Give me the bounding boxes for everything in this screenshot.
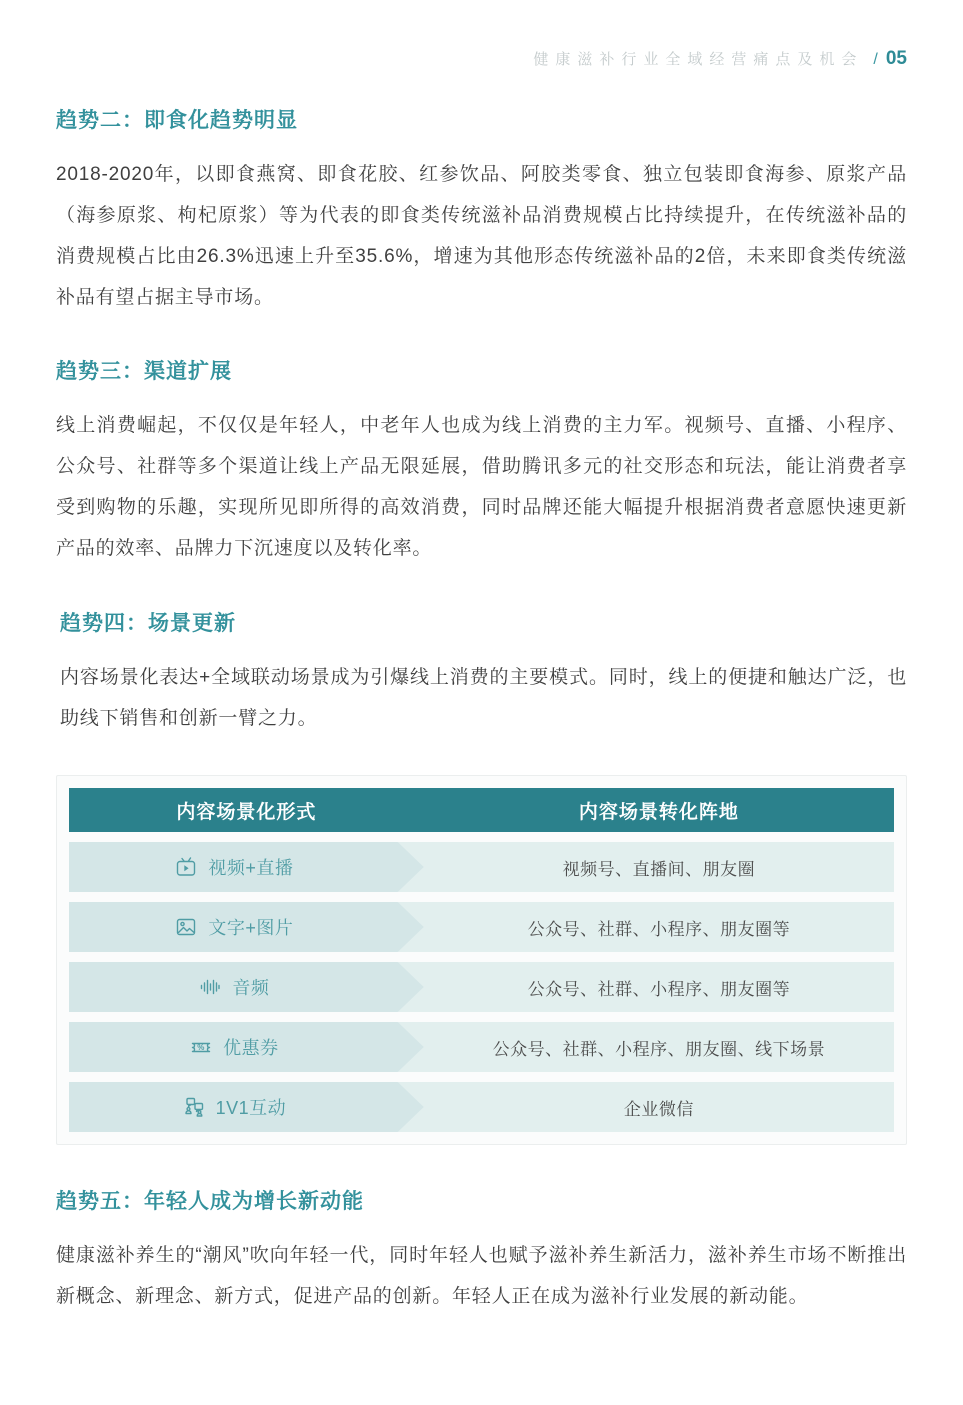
text-image-icon [173, 914, 199, 940]
paragraph-trend4: 内容场景化表达+全域联动场景成为引爆线上消费的主要模式。同时，线上的便捷和触达广… [56, 657, 907, 739]
form-label: 1V1互动 [216, 1094, 287, 1120]
form-cell-audio: 音频 [69, 962, 424, 1012]
content-scene-table: 内容场景化形式 内容场景转化阵地 视频+直播 视频号、直播间、朋友圈 [56, 775, 907, 1145]
audio-icon [197, 974, 223, 1000]
form-label: 文字+图片 [208, 914, 293, 940]
form-cell-coupon: % 优惠券 [69, 1022, 424, 1072]
svg-text:%: % [197, 1043, 205, 1052]
page-number: 05 [886, 48, 907, 70]
table-header-form: 内容场景化形式 [69, 788, 424, 832]
video-live-icon [173, 854, 199, 880]
form-label: 优惠券 [223, 1034, 279, 1060]
table-header-venue: 内容场景转化阵地 [424, 788, 894, 832]
report-page: 健康滋补行业全域经营痛点及机会 / 05 趋势二：即食化趋势明显 2018-20… [0, 0, 963, 1317]
coupon-icon: % [188, 1034, 214, 1060]
page-header: 健康滋补行业全域经营痛点及机会 / 05 [56, 48, 907, 70]
paragraph-trend3: 线上消费崛起，不仅仅是年轻人，中老年人也成为线上消费的主力军。视频号、直播、小程… [56, 405, 907, 569]
chat-1v1-icon [181, 1094, 207, 1120]
heading-trend4: 趋势四：场景更新 [56, 607, 907, 637]
table-header-row: 内容场景化形式 内容场景转化阵地 [69, 788, 894, 832]
table-row: 视频+直播 视频号、直播间、朋友圈 [69, 842, 894, 892]
venue-cell: 企业微信 [398, 1082, 894, 1132]
form-label: 音频 [232, 974, 269, 1000]
page-header-title: 健康滋补行业全域经营痛点及机会 [533, 48, 863, 69]
form-cell-1v1: 1V1互动 [69, 1082, 424, 1132]
form-cell-video-live: 视频+直播 [69, 842, 424, 892]
form-cell-text-image: 文字+图片 [69, 902, 424, 952]
table-row: 1V1互动 企业微信 [69, 1082, 894, 1132]
venue-cell: 视频号、直播间、朋友圈 [398, 842, 894, 892]
heading-trend3: 趋势三：渠道扩展 [56, 355, 907, 385]
paragraph-trend5: 健康滋补养生的“潮风”吹向年轻一代，同时年轻人也赋予滋补养生新活力，滋补养生市场… [56, 1235, 907, 1317]
venue-cell: 公众号、社群、小程序、朋友圈、线下场景 [398, 1022, 894, 1072]
heading-trend2: 趋势二：即食化趋势明显 [56, 104, 907, 134]
paragraph-trend2: 2018-2020年，以即食燕窝、即食花胶、红参饮品、阿胶类零食、独立包装即食海… [56, 154, 907, 318]
venue-cell: 公众号、社群、小程序、朋友圈等 [398, 902, 894, 952]
table-row: 音频 公众号、社群、小程序、朋友圈等 [69, 962, 894, 1012]
form-label: 视频+直播 [208, 854, 293, 880]
page-header-separator: / [873, 51, 877, 69]
venue-cell: 公众号、社群、小程序、朋友圈等 [398, 962, 894, 1012]
heading-trend5: 趋势五：年轻人成为增长新动能 [56, 1185, 907, 1215]
table-row: 文字+图片 公众号、社群、小程序、朋友圈等 [69, 902, 894, 952]
table-row: % 优惠券 公众号、社群、小程序、朋友圈、线下场景 [69, 1022, 894, 1072]
